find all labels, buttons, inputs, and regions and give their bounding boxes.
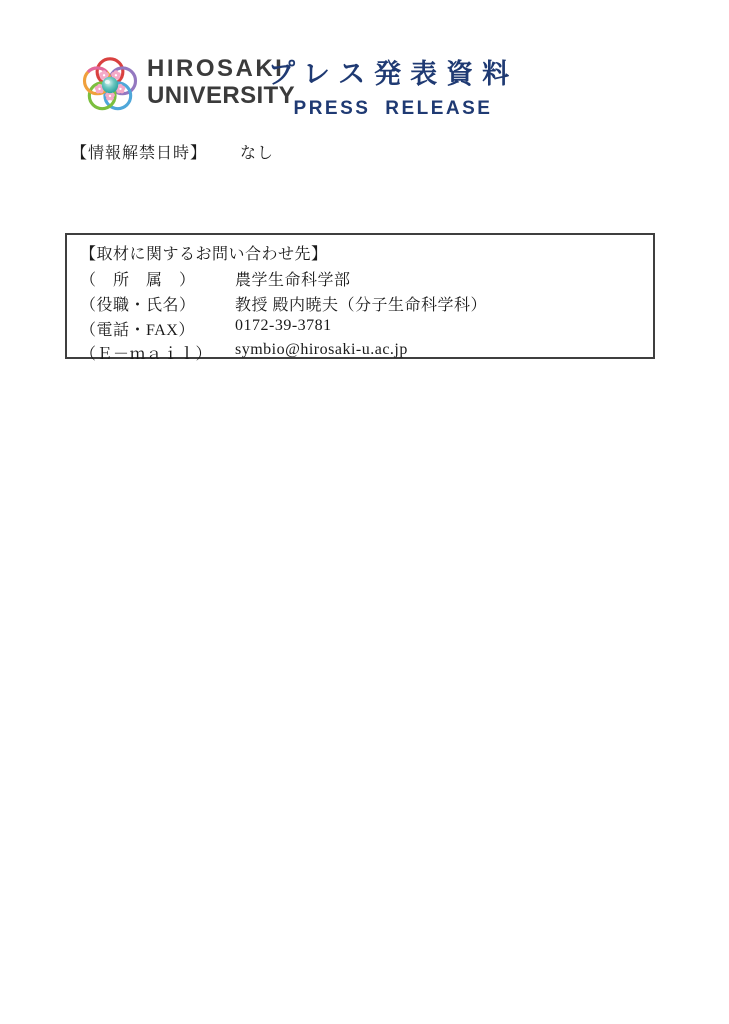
embargo-value: なし: [240, 145, 274, 162]
press-release-title-ja: プレス発表資料: [268, 52, 518, 91]
contact-box-heading: 【取材に関するお問い合わせ先】: [80, 241, 328, 264]
apple-blossom-logo-icon: [71, 46, 149, 124]
contact-row-phone-fax: （電話・FAX） 0172-39-3781: [80, 317, 195, 340]
contact-row-label: （Ｅ－ｍａｉｌ）: [80, 341, 212, 364]
press-release-page: HIROSAKI UNIVERSITY プレス発表資料 PRESS RELEAS…: [0, 0, 729, 1024]
embargo-line: 【情報解禁日時】 なし: [71, 140, 274, 163]
contact-row-label: （ 所 属 ）: [80, 267, 196, 290]
contact-row-value: 農学生命科学部: [235, 267, 351, 290]
contact-row-value: 0172-39-3781: [235, 317, 332, 335]
contact-row-position-name: （役職・氏名） 教授 殿内暁夫（分子生命科学科）: [80, 292, 196, 315]
contact-row-label: （電話・FAX）: [80, 317, 195, 340]
contact-row-affiliation: （ 所 属 ） 農学生命科学部: [80, 267, 196, 290]
contact-row-label: （役職・氏名）: [80, 292, 196, 315]
contact-row-value: symbio@hirosaki-u.ac.jp: [235, 341, 408, 359]
contact-row-email: （Ｅ－ｍａｉｌ） symbio@hirosaki-u.ac.jp: [80, 341, 212, 364]
contact-box: 【取材に関するお問い合わせ先】 （ 所 属 ） 農学生命科学部 （役職・氏名） …: [65, 233, 655, 359]
press-release-title-block: プレス発表資料 PRESS RELEASE: [268, 52, 518, 120]
press-release-title-en: PRESS RELEASE: [268, 98, 518, 120]
embargo-label: 【情報解禁日時】: [71, 145, 207, 162]
contact-row-value: 教授 殿内暁夫（分子生命科学科）: [235, 292, 487, 315]
